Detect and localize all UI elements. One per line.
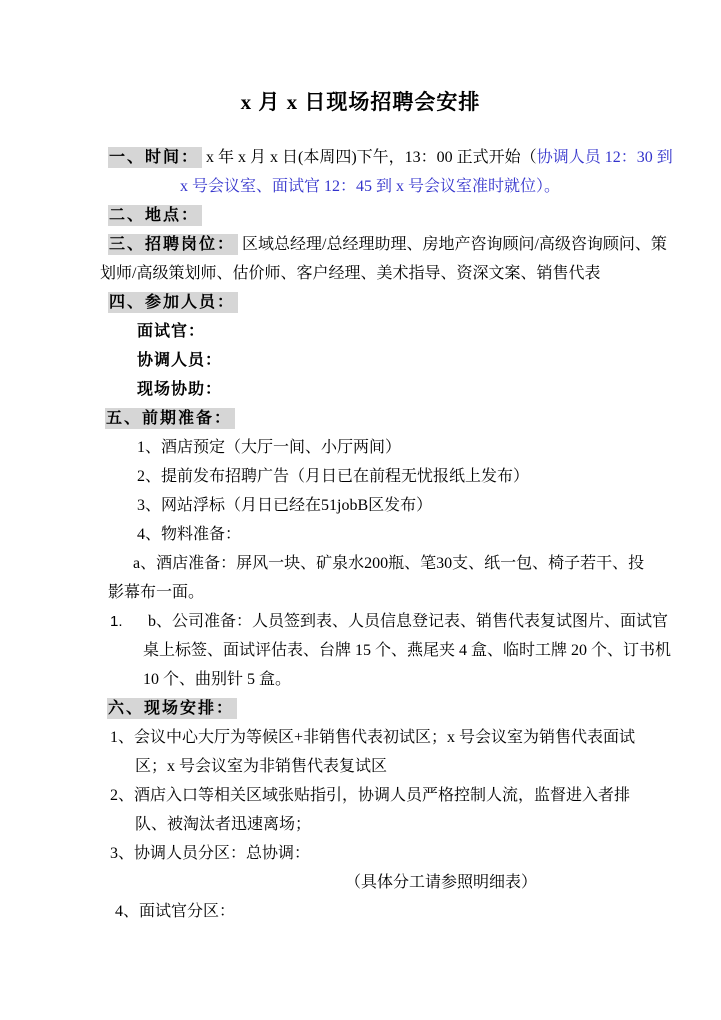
body-text: 1、酒店预定（大厅一间、小厅两间） xyxy=(137,439,401,456)
doc-line: 3、协调人员分区：总协调： xyxy=(110,839,721,868)
doc-line: 10 个、曲别针 5 盒。 xyxy=(143,665,721,694)
doc-line: 现场协助： xyxy=(137,375,721,404)
doc-line: 2、提前发布招聘广告（月日已在前程无忧报纸上发布） xyxy=(137,462,721,491)
doc-line: 2、酒店入口等相关区域张贴指引，协调人员严格控制人流，监督进入者排 xyxy=(110,781,721,810)
body-text: 桌上标签、面试评估表、台牌 15 个、燕尾夹 4 盒、临时工牌 20 个、订书机 xyxy=(143,642,671,659)
document-body: 一、时间： x 年 x 月 x 日(本周四)下午，13：00 正式开始（协调人员… xyxy=(0,143,721,926)
doc-line: 六、现场安排： xyxy=(107,694,721,723)
body-text: 3、网站浮标（月日已经在51jobB区发布） xyxy=(137,497,432,514)
doc-line: 区；x 号会议室为非销售代表复试区 xyxy=(135,752,721,781)
doc-line: 面试官： xyxy=(137,317,721,346)
annotation-text: x 号会议室、面试官 12：45 到 x 号会议室准时就位）。 xyxy=(180,178,560,195)
doc-line: 五、前期准备： xyxy=(105,404,721,433)
section-heading: 六、现场安排： xyxy=(107,698,237,719)
doc-line: a、酒店准备：屏风一块、矿泉水200瓶、笔30支、纸一包、椅子若干、投 xyxy=(133,549,721,578)
doc-line: 1.b、公司准备：人员签到表、人员信息登记表、销售代表复试图片、面试官 xyxy=(148,607,721,636)
body-text: 1、会议中心大厅为等候区+非销售代表初试区；x 号会议室为销售代表面试 xyxy=(110,729,635,746)
doc-line: 三、招聘岗位： 区域总经理/总经理助理、房地产咨询顾问/高级咨询顾问、策 xyxy=(108,230,721,259)
doc-line: 四、参加人员： xyxy=(108,288,721,317)
section-heading: 五、前期准备： xyxy=(105,408,235,429)
body-text: 4、面试官分区： xyxy=(115,903,235,920)
doc-line: 1、酒店预定（大厅一间、小厅两间） xyxy=(137,433,721,462)
body-text: 队、被淘汰者迅速离场； xyxy=(135,816,311,833)
body-text: 2、酒店入口等相关区域张贴指引，协调人员严格控制人流，监督进入者排 xyxy=(110,787,630,804)
subheading-label: 面试官： xyxy=(137,323,205,340)
section-heading: 二、地点： xyxy=(108,205,202,226)
doc-line: 3、网站浮标（月日已经在51jobB区发布） xyxy=(137,491,721,520)
list-number-marker: 1. xyxy=(110,607,123,636)
doc-line: 4、物料准备： xyxy=(137,520,721,549)
subheading-label: 现场协助： xyxy=(137,381,222,398)
body-text: b、公司准备：人员签到表、人员信息登记表、销售代表复试图片、面试官 xyxy=(148,613,668,630)
doc-line: 1、会议中心大厅为等候区+非销售代表初试区；x 号会议室为销售代表面试 xyxy=(110,723,721,752)
body-text: a、酒店准备：屏风一块、矿泉水200瓶、笔30支、纸一包、椅子若干、投 xyxy=(133,555,644,572)
section-heading: 一、时间： xyxy=(108,147,202,168)
body-text: 4、物料准备： xyxy=(137,526,241,543)
doc-line: 划师/高级策划师、估价师、客户经理、美术指导、资深文案、销售代表 xyxy=(100,259,721,288)
annotation-text: 协调人员 12：30 到 xyxy=(537,149,673,166)
body-text: 2、提前发布招聘广告（月日已在前程无忧报纸上发布） xyxy=(137,468,529,485)
body-text: 划师/高级策划师、估价师、客户经理、美术指导、资深文案、销售代表 xyxy=(100,265,600,282)
body-text: 区域总经理/总经理助理、房地产咨询顾问/高级咨询顾问、策 xyxy=(238,236,667,253)
body-text: 10 个、曲别针 5 盒。 xyxy=(143,671,291,688)
doc-line: 桌上标签、面试评估表、台牌 15 个、燕尾夹 4 盒、临时工牌 20 个、订书机 xyxy=(143,636,721,665)
doc-line: x 号会议室、面试官 12：45 到 x 号会议室准时就位）。 xyxy=(180,172,721,201)
subheading-label: 协调人员： xyxy=(137,352,222,369)
doc-line: 队、被淘汰者迅速离场； xyxy=(135,810,721,839)
section-heading: 三、招聘岗位： xyxy=(108,234,238,255)
doc-line: 影幕布一面。 xyxy=(108,578,721,607)
body-text: 3、协调人员分区：总协调： xyxy=(110,845,310,862)
section-heading: 四、参加人员： xyxy=(108,292,238,313)
body-text: 影幕布一面。 xyxy=(108,584,204,601)
body-text: 区；x 号会议室为非销售代表复试区 xyxy=(135,758,387,775)
doc-line: 一、时间： x 年 x 月 x 日(本周四)下午，13：00 正式开始（协调人员… xyxy=(108,143,721,172)
body-text: （具体分工请参照明细表） xyxy=(345,874,537,891)
body-text: x 年 x 月 x 日(本周四)下午，13：00 正式开始（ xyxy=(202,149,537,166)
document-page: x 月 x 日现场招聘会安排 一、时间： x 年 x 月 x 日(本周四)下午，… xyxy=(0,0,721,1020)
doc-line: 协调人员： xyxy=(137,346,721,375)
doc-line: 4、面试官分区： xyxy=(115,897,721,926)
doc-line: （具体分工请参照明细表） xyxy=(345,868,721,897)
document-title: x 月 x 日现场招聘会安排 xyxy=(0,88,721,116)
doc-line: 二、地点： xyxy=(108,201,721,230)
